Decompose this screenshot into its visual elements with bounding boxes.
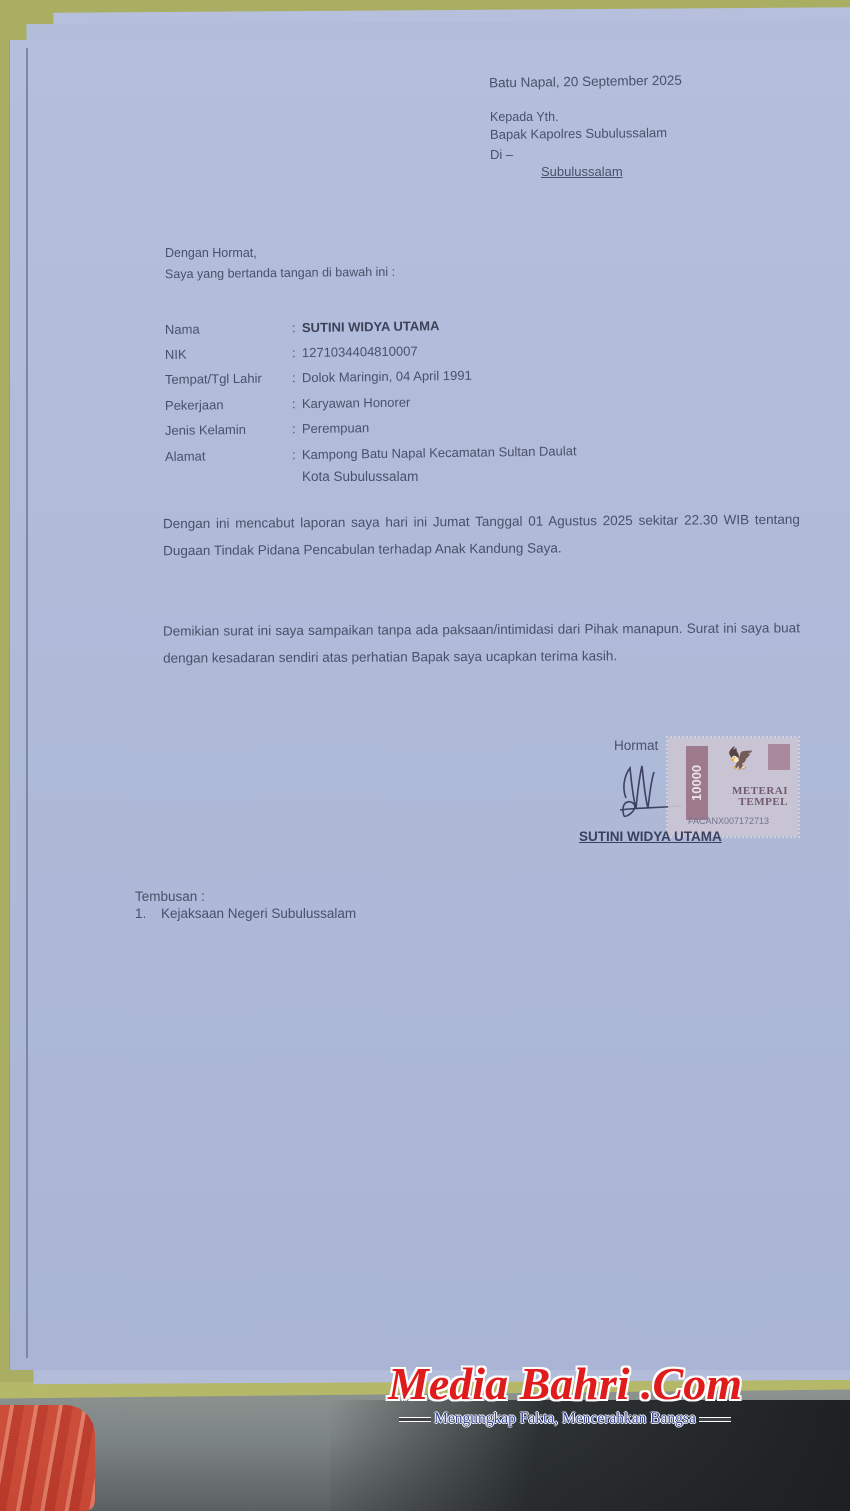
recipient-addressee: Bapak Kapolres Subulussalam xyxy=(490,125,667,142)
cc-item: 1.Kejaksaan Negeri Subulussalam xyxy=(135,906,356,921)
field-value: SUTINI WIDYA UTAMA xyxy=(302,318,440,335)
body-paragraph-2: Demikian surat ini saya sampaikan tanpa … xyxy=(163,614,800,671)
field-separator: : xyxy=(292,447,296,462)
intro-line: Saya yang bertanda tangan di bawah ini : xyxy=(165,265,395,281)
field-separator: : xyxy=(292,421,296,436)
field-separator: : xyxy=(292,345,296,360)
greeting: Dengan Hormat, xyxy=(165,246,257,260)
identity-row-job: Pekerjaan : Karyawan Honorer xyxy=(165,391,685,418)
stamp-serial: FACANX007172713 xyxy=(688,816,769,826)
tagline-rule-left xyxy=(399,1417,431,1422)
identity-row-gender: Jenis Kelamin : Perempuan xyxy=(165,416,685,443)
field-separator: : xyxy=(292,370,296,385)
cc-title: Tembusan : xyxy=(135,889,205,904)
closing-text: Hormat xyxy=(614,738,658,753)
letter-document: Batu Napal, 20 September 2025 Kepada Yth… xyxy=(0,0,850,1380)
stamp-title: METERAI TEMPEL xyxy=(732,786,788,808)
field-separator: : xyxy=(292,396,296,411)
signatory-name: SUTINI WIDYA UTAMA xyxy=(579,829,722,844)
watermark-brand: Media Bahri .Com xyxy=(350,1358,780,1410)
identity-row-name: Nama : SUTINI WIDYA UTAMA xyxy=(165,315,685,342)
watermark-logo: Media Bahri .Com Mengungkap Fakta, Mence… xyxy=(350,1358,780,1438)
cc-item-number: 1. xyxy=(135,906,161,921)
watermark-tagline: Mengungkap Fakta, Mencerahkan Bangsa xyxy=(434,1410,696,1427)
field-label: Tempat/Tgl Lahir xyxy=(165,371,262,387)
field-label: Pekerjaan xyxy=(165,397,224,413)
address-line-2: Kota Subulussalam xyxy=(302,469,418,484)
watermark-tagline-row: Mengungkap Fakta, Mencerahkan Bangsa xyxy=(350,1410,780,1428)
recipient-salutation: Kepada Yth. xyxy=(490,110,559,124)
field-label: Jenis Kelamin xyxy=(165,422,246,438)
tagline-rule-right xyxy=(699,1417,731,1422)
field-value: Karyawan Honorer xyxy=(302,395,411,412)
pens-object xyxy=(0,1405,95,1511)
field-separator: : xyxy=(292,320,296,335)
field-value: Dolok Maringin, 04 April 1991 xyxy=(302,368,472,385)
stamp-corner-mark xyxy=(768,744,790,770)
field-label: Alamat xyxy=(165,448,206,464)
field-value: Perempuan xyxy=(302,420,369,436)
field-label: Nama xyxy=(165,322,200,337)
garuda-emblem-icon: 🦅 xyxy=(726,744,756,774)
field-value: Kampong Batu Napal Kecamatan Sultan Daul… xyxy=(302,443,577,462)
stamp-title-line-2: TEMPEL xyxy=(732,797,788,808)
recipient-city: Subulussalam xyxy=(541,164,623,179)
identity-row-birth: Tempat/Tgl Lahir : Dolok Maringin, 04 Ap… xyxy=(165,365,685,392)
field-value: 1271034404810007 xyxy=(302,343,418,360)
identity-row-nik: NIK : 1271034404810007 xyxy=(165,340,685,367)
letter-place-date: Batu Napal, 20 September 2025 xyxy=(489,73,682,91)
cc-item-text: Kejaksaan Negeri Subulussalam xyxy=(161,906,356,921)
identity-row-address: Alamat : Kampong Batu Napal Kecamatan Su… xyxy=(165,442,685,469)
body-paragraph-1: Dengan ini mencabut laporan saya hari in… xyxy=(163,506,800,564)
recipient-di: Di – xyxy=(490,147,513,162)
meterai-stamp: 10000 🦅 METERAI TEMPEL FACANX007172713 xyxy=(668,738,798,836)
stamp-value: 10000 xyxy=(686,746,708,820)
field-label: NIK xyxy=(165,347,187,362)
